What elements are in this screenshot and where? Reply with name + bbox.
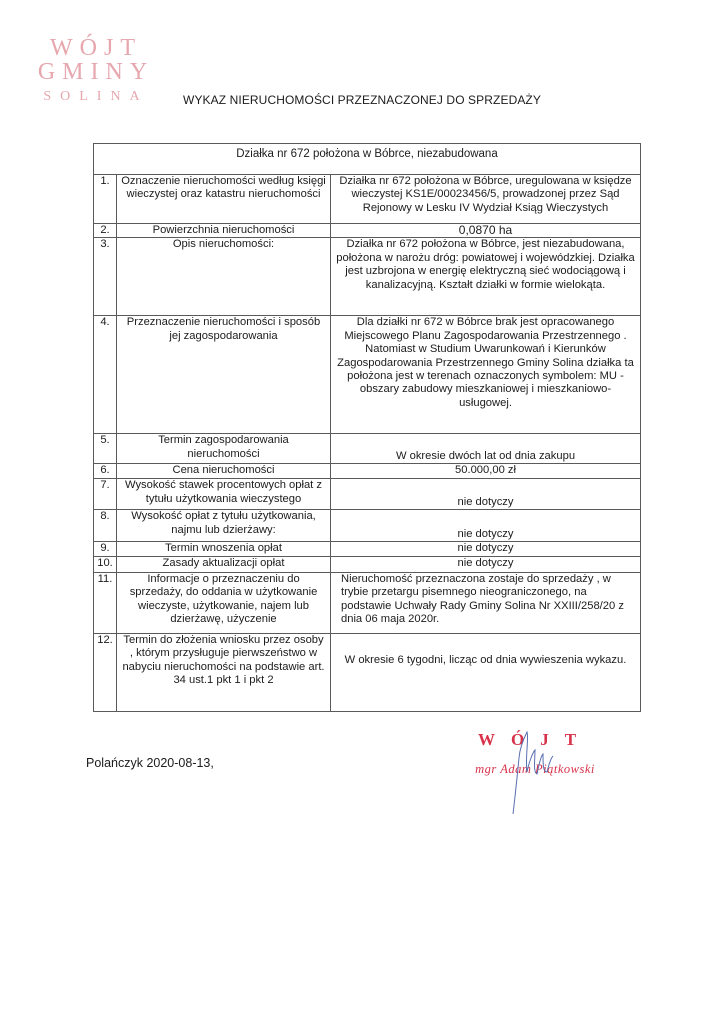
row-value: Działka nr 672 położona w Bóbrce, uregul… bbox=[331, 175, 641, 224]
row-value: nie dotyczy bbox=[331, 556, 641, 572]
row-value: Dla działki nr 672 w Bóbrce brak jest op… bbox=[331, 316, 641, 434]
table-row: 1. Oznaczenie nieruchomości według księg… bbox=[94, 175, 641, 224]
table-row: 2. Powierzchnia nieruchomości 0,0870 ha bbox=[94, 224, 641, 238]
row-label: Informacje o przeznaczeniu do sprzedaży,… bbox=[117, 572, 331, 633]
row-number: 7. bbox=[94, 479, 117, 510]
row-number: 8. bbox=[94, 510, 117, 542]
row-number: 6. bbox=[94, 464, 117, 479]
row-value: 0,0870 ha bbox=[331, 224, 641, 238]
row-label: Termin wnoszenia opłat bbox=[117, 542, 331, 556]
property-table: Działka nr 672 położona w Bóbrce, niezab… bbox=[93, 143, 641, 712]
row-value: W okresie dwóch lat od dnia zakupu bbox=[331, 434, 641, 464]
row-label: Wysokość stawek procentowych opłat z tyt… bbox=[117, 479, 331, 510]
row-label: Cena nieruchomości bbox=[117, 464, 331, 479]
row-number: 4. bbox=[94, 316, 117, 434]
row-label: Przeznaczenie nieruchomości i sposób jej… bbox=[117, 316, 331, 434]
row-label: Wysokość opłat z tytułu użytkowania, naj… bbox=[117, 510, 331, 542]
row-label: Opis nieruchomości: bbox=[117, 238, 331, 316]
row-label: Powierzchnia nieruchomości bbox=[117, 224, 331, 238]
row-label: Termin zagospodarowania nieruchomości bbox=[117, 434, 331, 464]
row-number: 10. bbox=[94, 556, 117, 572]
row-value: 50.000,00 zł bbox=[331, 464, 641, 479]
row-number: 5. bbox=[94, 434, 117, 464]
table-row: 5. Termin zagospodarowania nieruchomości… bbox=[94, 434, 641, 464]
stamp-line-1: WÓJT GMINY bbox=[26, 36, 166, 84]
row-value: W okresie 6 tygodni, licząc od dnia wywi… bbox=[331, 633, 641, 711]
row-value: Nieruchomość przeznaczona zostaje do spr… bbox=[331, 572, 641, 633]
row-label: Termin do złożenia wniosku przez osoby ,… bbox=[117, 633, 331, 711]
row-value: nie dotyczy bbox=[331, 510, 641, 542]
table-row: 9. Termin wnoszenia opłat nie dotyczy bbox=[94, 542, 641, 556]
row-number: 3. bbox=[94, 238, 117, 316]
row-value: Działka nr 672 położona w Bóbrce, jest n… bbox=[331, 238, 641, 316]
handwritten-signature-icon bbox=[505, 728, 565, 818]
table-row: 12. Termin do złożenia wniosku przez oso… bbox=[94, 633, 641, 711]
row-value: nie dotyczy bbox=[331, 479, 641, 510]
row-number: 9. bbox=[94, 542, 117, 556]
row-number: 2. bbox=[94, 224, 117, 238]
row-label: Zasady aktualizacji opłat bbox=[117, 556, 331, 572]
place-and-date: Polańczyk 2020-08-13, bbox=[86, 756, 214, 770]
table-row: 4. Przeznaczenie nieruchomości i sposób … bbox=[94, 316, 641, 434]
table-row: 11. Informacje o przeznaczeniu do sprzed… bbox=[94, 572, 641, 633]
table-row: 3. Opis nieruchomości: Działka nr 672 po… bbox=[94, 238, 641, 316]
table-row: 10. Zasady aktualizacji opłat nie dotycz… bbox=[94, 556, 641, 572]
table-row: 8. Wysokość opłat z tytułu użytkowania, … bbox=[94, 510, 641, 542]
row-number: 12. bbox=[94, 633, 117, 711]
row-number: 11. bbox=[94, 572, 117, 633]
row-number: 1. bbox=[94, 175, 117, 224]
row-value: nie dotyczy bbox=[331, 542, 641, 556]
row-label: Oznaczenie nieruchomości według księgi w… bbox=[117, 175, 331, 224]
table-header: Działka nr 672 położona w Bóbrce, niezab… bbox=[94, 144, 641, 175]
document-title: WYKAZ NIERUCHOMOŚCI PRZEZNACZONEJ DO SPR… bbox=[0, 93, 724, 107]
table-row: 7. Wysokość stawek procentowych opłat z … bbox=[94, 479, 641, 510]
table-header-row: Działka nr 672 położona w Bóbrce, niezab… bbox=[94, 144, 641, 175]
table-row: 6. Cena nieruchomości 50.000,00 zł bbox=[94, 464, 641, 479]
